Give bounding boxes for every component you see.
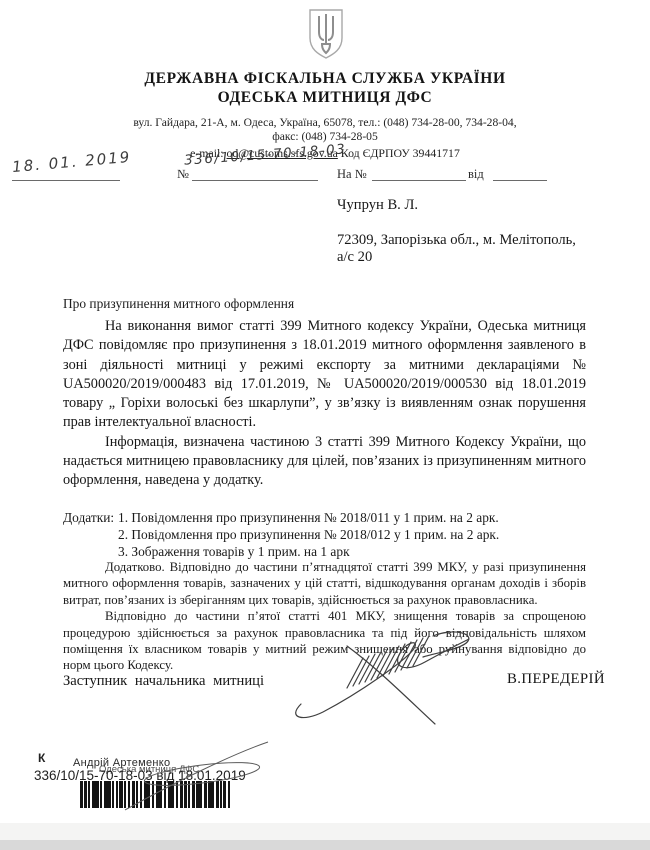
number-label: № <box>177 167 189 182</box>
body-paragraph-1: На виконання вимог статті 399 Митного ко… <box>63 317 586 433</box>
letter-body: На виконання вимог статті 399 Митного ко… <box>63 317 586 491</box>
reply-to-label: На № <box>337 167 367 182</box>
ukraine-trident-emblem-icon <box>307 8 345 60</box>
signer-name: В.ПЕРЕДЕРІЙ <box>507 671 605 688</box>
edrpou-code: Код ЄДРПОУ 39441717 <box>338 146 460 160</box>
addressee-name: Чупрун В. Л. <box>337 197 576 214</box>
from-date-blank-line <box>493 180 547 181</box>
org-address-line1: вул. Гайдара, 21-А, м. Одеса, Україна, 6… <box>0 116 650 129</box>
body-paragraph-2: Інформація, визначена частиною 3 статті … <box>63 433 586 491</box>
number-blank-line <box>192 180 318 181</box>
reply-number-blank-line <box>372 180 466 181</box>
pen-marks-overlay <box>30 740 290 818</box>
attachments-label: Додатки: <box>63 509 118 560</box>
handwritten-signature <box>283 626 483 728</box>
signer-title: Заступник начальника митниці <box>63 673 264 690</box>
letter-subject: Про призупинення митного оформлення <box>63 296 294 312</box>
org-address-line2: факс: (048) 734-28-05 <box>0 130 650 143</box>
from-date-label: від <box>468 167 484 182</box>
org-name-line1: ДЕРЖАВНА ФІСКАЛЬНА СЛУЖБА УКРАЇНИ <box>0 70 650 88</box>
addressee-block: Чупрун В. Л. 72309, Запорізька обл., м. … <box>337 197 576 266</box>
addressee-address-line1: 72309, Запорізька обл., м. Мелітополь, <box>337 232 576 249</box>
scan-edge-light-strip <box>0 823 650 840</box>
additional-paragraph-1: Додатково. Відповідно до частини п’ятнад… <box>63 559 586 608</box>
attachments-block: Додатки: 1. Повідомлення про призупиненн… <box>63 509 586 560</box>
attachment-item: 3. Зображення товарів у 1 прим. на 1 арк <box>118 543 499 560</box>
attachment-item: 2. Повідомлення про призупинення № 2018/… <box>118 526 499 543</box>
attachment-item: 1. Повідомлення про призупинення № 2018/… <box>118 509 499 526</box>
date-blank-line <box>12 180 120 181</box>
scan-edge-gray-strip <box>0 840 650 850</box>
addressee-address-line2: а/с 20 <box>337 249 576 266</box>
org-name-line2: ОДЕСЬКА МИТНИЦЯ ДФС <box>0 89 650 107</box>
scanned-letter-page: ДЕРЖАВНА ФІСКАЛЬНА СЛУЖБА УКРАЇНИ ОДЕСЬК… <box>0 0 650 850</box>
